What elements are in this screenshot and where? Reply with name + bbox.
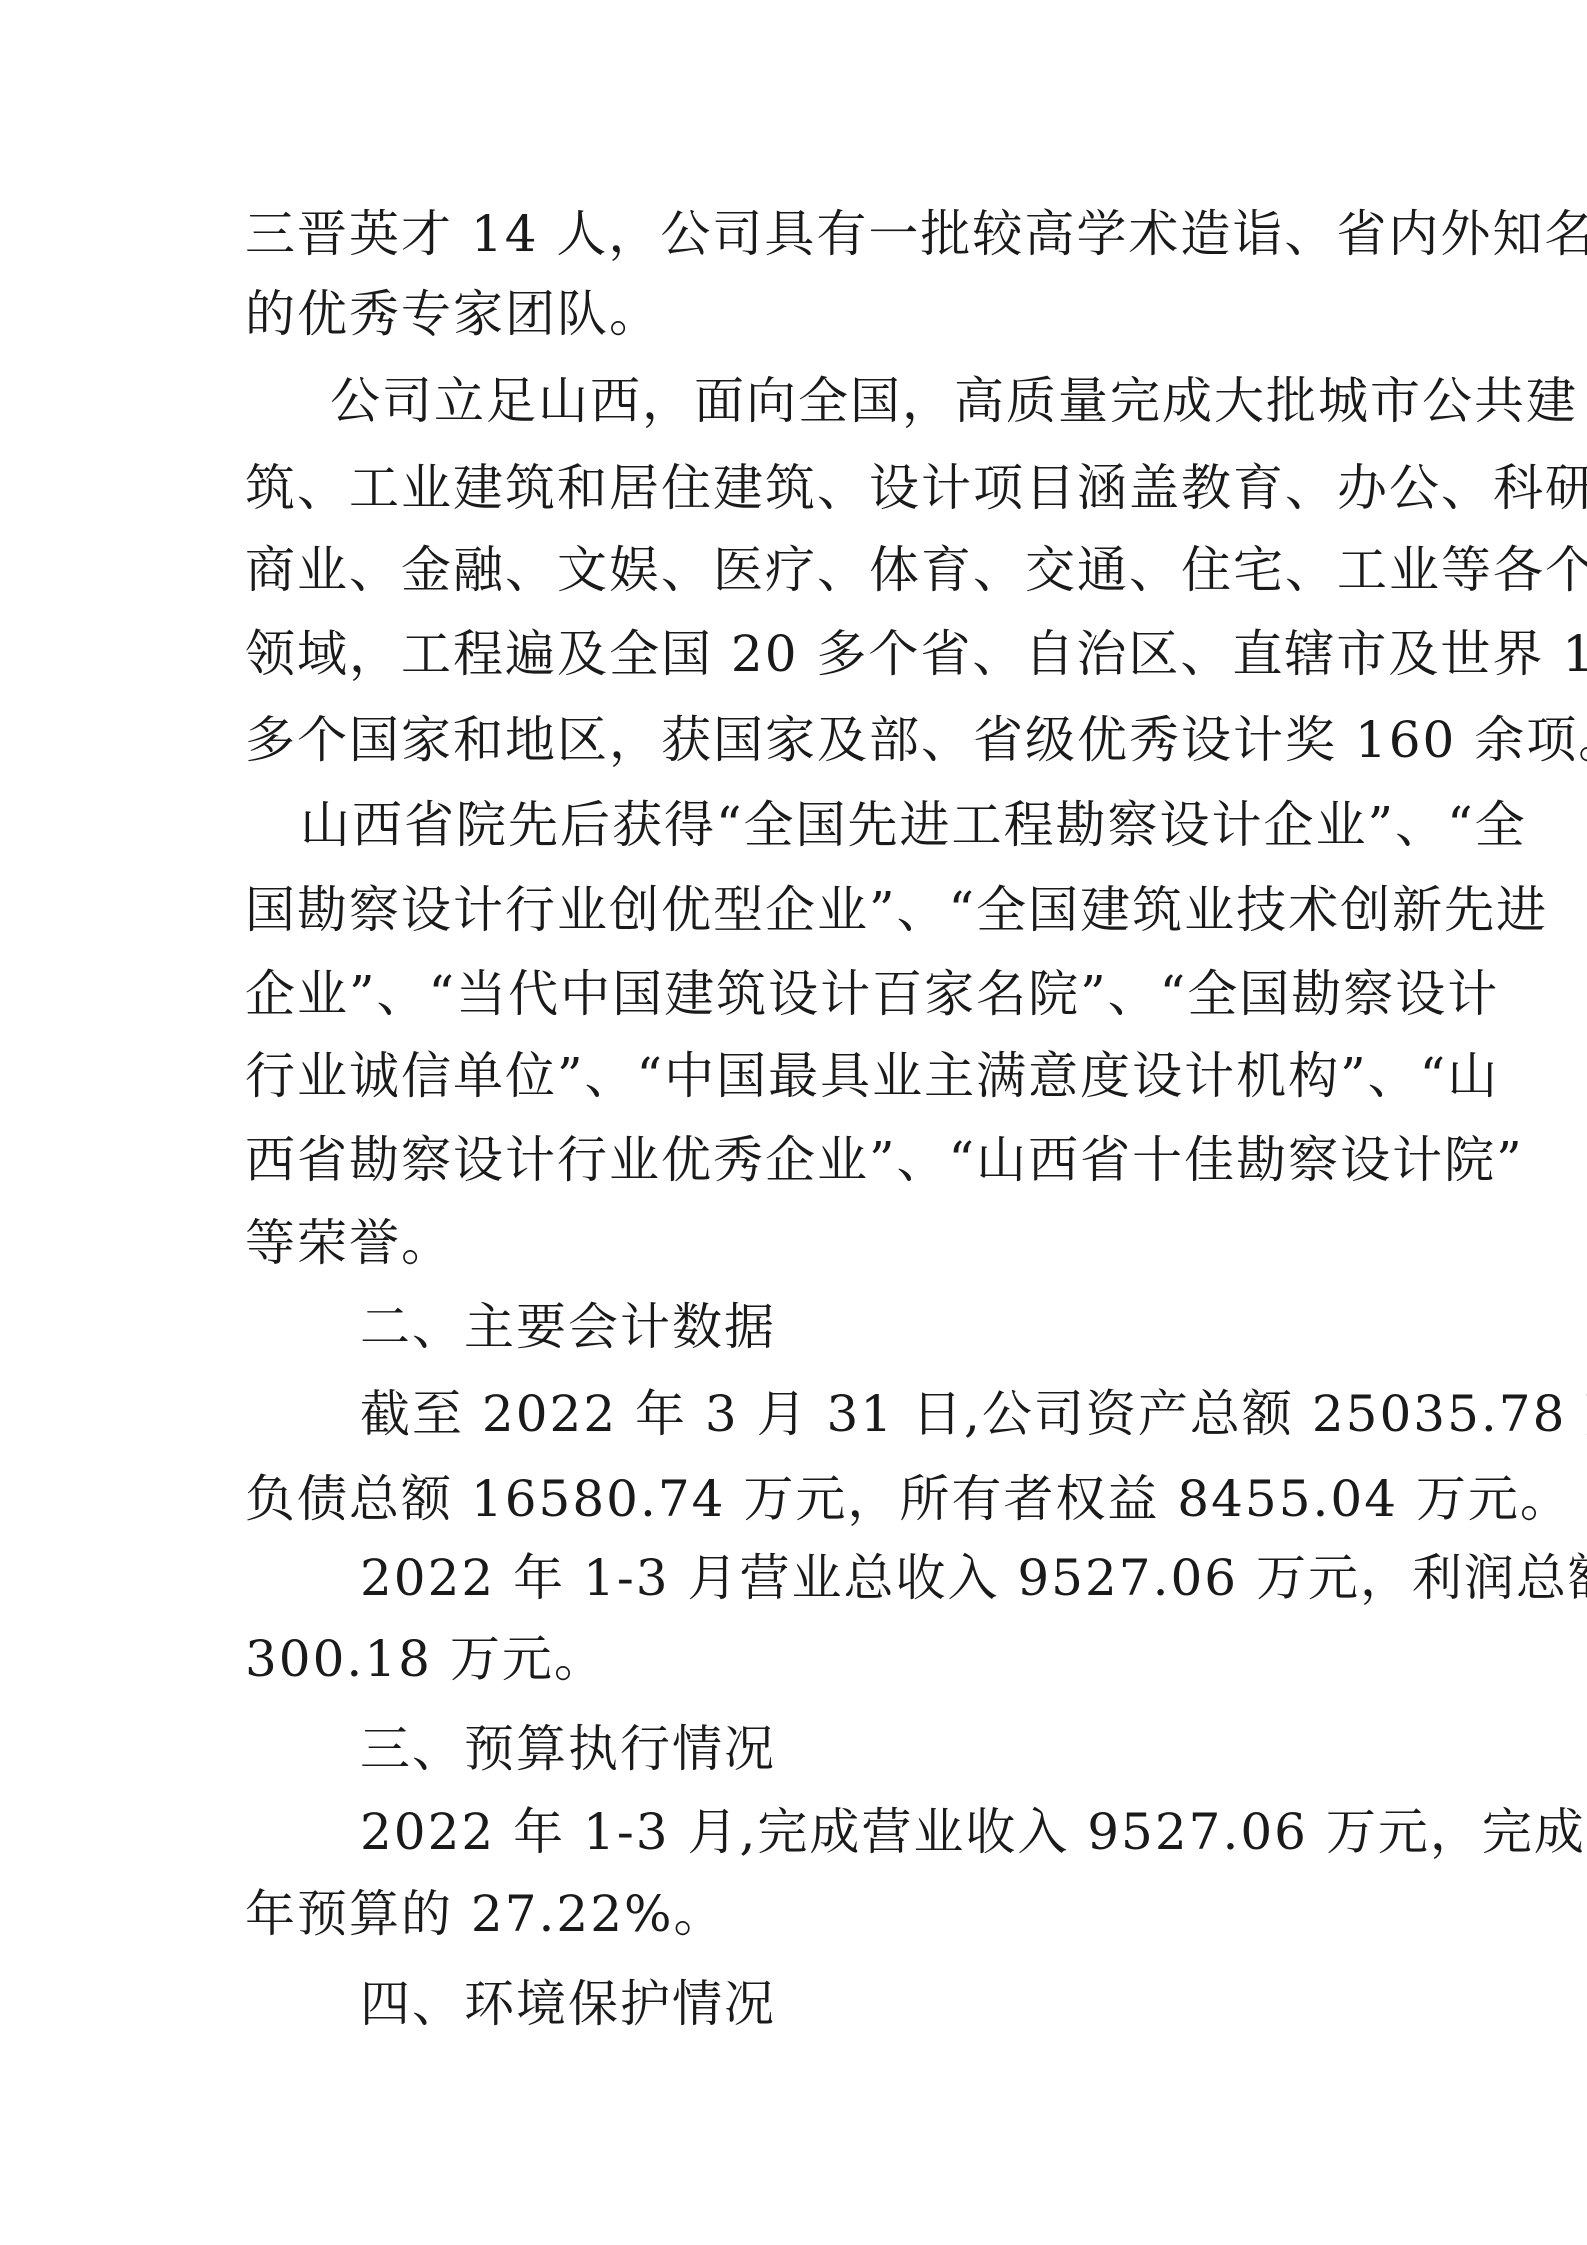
paragraph-line: 公司立足山西，面向全国，高质量完成大批城市公共建	[330, 371, 1578, 431]
paragraph-line: 山西省院先后获得“全国先进工程勘察设计企业”、“全	[300, 795, 1527, 855]
paragraph-line: 商业、金融、文娱、医疗、体育、交通、住宅、工业等各个	[245, 540, 1587, 600]
document-page: 三晋英才 14 人，公司具有一批较高学术造诣、省内外知名 的优秀专家团队。 公司…	[0, 0, 1587, 2245]
paragraph-line: 300.18 万元。	[245, 1629, 606, 1689]
paragraph-line: 2022 年 1-3 月,完成营业收入 9527.06 万元，完成全	[360, 1802, 1587, 1862]
paragraph-line: 国勘察设计行业创优型企业”、“全国建筑业技术创新先进	[245, 880, 1548, 940]
paragraph-line: 负债总额 16580.74 万元，所有者权益 8455.04 万元。	[245, 1469, 1572, 1529]
paragraph-line: 领域，工程遍及全国 20 多个省、自治区、直辖市及世界 10	[245, 624, 1587, 684]
paragraph-line: 2022 年 1-3 月营业总收入 9527.06 万元，利润总额	[360, 1548, 1587, 1608]
paragraph-line: 西省勘察设计行业优秀企业”、“山西省十佳勘察设计院”	[245, 1130, 1524, 1190]
paragraph-line: 等荣誉。	[245, 1213, 453, 1273]
paragraph-line: 年预算的 27.22%。	[245, 1884, 726, 1944]
paragraph-line: 筑、工业建筑和居住建筑、设计项目涵盖教育、办公、科研、	[245, 458, 1587, 518]
section-heading-environmental-protection: 四、环境保护情况	[360, 1974, 776, 2034]
section-heading-budget-execution: 三、预算执行情况	[360, 1719, 776, 1779]
paragraph-line: 的优秀专家团队。	[245, 284, 661, 344]
section-heading-accounting-data: 二、主要会计数据	[360, 1297, 776, 1357]
paragraph-line: 多个国家和地区，获国家及部、省级优秀设计奖 160 余项。	[245, 710, 1587, 770]
paragraph-line: 截至 2022 年 3 月 31 日,公司资产总额 25035.78 万元,	[360, 1384, 1587, 1444]
paragraph-line: 行业诚信单位”、“中国最具业主满意度设计机构”、“山	[245, 1046, 1499, 1106]
paragraph-line: 企业”、“当代中国建筑设计百家名院”、“全国勘察设计	[245, 964, 1499, 1024]
paragraph-line: 三晋英才 14 人，公司具有一批较高学术造诣、省内外知名	[245, 204, 1587, 264]
